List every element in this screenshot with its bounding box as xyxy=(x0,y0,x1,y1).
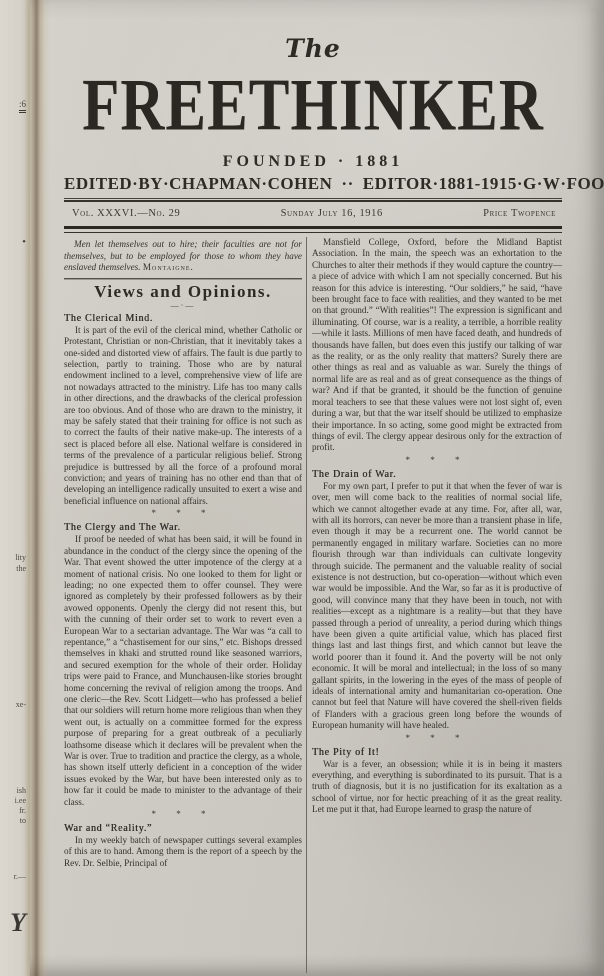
paragraph: Mansfield College, Oxford, before the Mi… xyxy=(312,237,562,454)
epigraph: Men let themselves out to hire; their fa… xyxy=(64,239,302,274)
masthead-editor-line: EDITED·BY·CHAPMAN·COHEN ·· EDITOR·1881-1… xyxy=(64,174,562,194)
paragraph: In my weekly batch of newspaper cuttings… xyxy=(64,835,302,869)
masthead: The FREETHINKER FOUNDED · 1881 EDITED·BY… xyxy=(64,34,562,233)
issue-volume: Vol. XXXVI.—No. 29 xyxy=(72,208,180,219)
section-separator: * * * xyxy=(64,809,302,820)
subheading-war-and-reality: War and “Reality.” xyxy=(64,823,302,834)
column-divider-rule xyxy=(306,237,307,973)
section-separator: * * * xyxy=(312,455,562,466)
paragraph: If proof be needed of what has been said… xyxy=(64,534,302,808)
paragraph: War is a fever, an obsession; while it i… xyxy=(312,759,562,816)
subheading-clerical-mind: The Clerical Mind. xyxy=(64,313,302,324)
article-columns: Men let themselves out to hire; their fa… xyxy=(64,237,562,973)
epigraph-rule xyxy=(64,278,302,280)
masthead-script-the: The xyxy=(64,34,562,63)
subheading-drain-of-war: The Drain of War. xyxy=(312,469,562,480)
subheading-clergy-and-war: The Clergy and The War. xyxy=(64,522,302,533)
epigraph-attribution: Montaigne. xyxy=(143,262,194,272)
masthead-title: FREETHINKER xyxy=(64,71,562,142)
section-separator: * * * xyxy=(312,733,562,744)
issue-price: Price Twopence xyxy=(483,208,556,219)
issue-info-line: Vol. XXXVI.—No. 29 Sunday July 16, 1916 … xyxy=(64,202,562,224)
title-ornament: —·— xyxy=(64,302,302,310)
section-separator: * * * xyxy=(64,508,302,519)
page-gutter-shadow xyxy=(24,0,50,976)
right-column: Mansfield College, Oxford, before the Mi… xyxy=(312,237,562,973)
paragraph: For my own part, I prefer to put it that… xyxy=(312,481,562,732)
subheading-pity-of-it: The Pity of It! xyxy=(312,747,562,758)
issue-date: Sunday July 16, 1916 xyxy=(281,208,383,219)
newspaper-page: The FREETHINKER FOUNDED · 1881 EDITED·BY… xyxy=(64,0,562,976)
section-title: Views and Opinions. xyxy=(64,282,302,302)
scanned-page: :6 • lity the xe- ish i.ee fr. to r.— Y … xyxy=(0,0,604,976)
paragraph: It is part of the evil of the clerical m… xyxy=(64,325,302,508)
left-column: Men let themselves out to hire; their fa… xyxy=(64,237,302,973)
heavy-rule xyxy=(64,226,562,233)
masthead-founded: FOUNDED · 1881 xyxy=(64,153,562,171)
